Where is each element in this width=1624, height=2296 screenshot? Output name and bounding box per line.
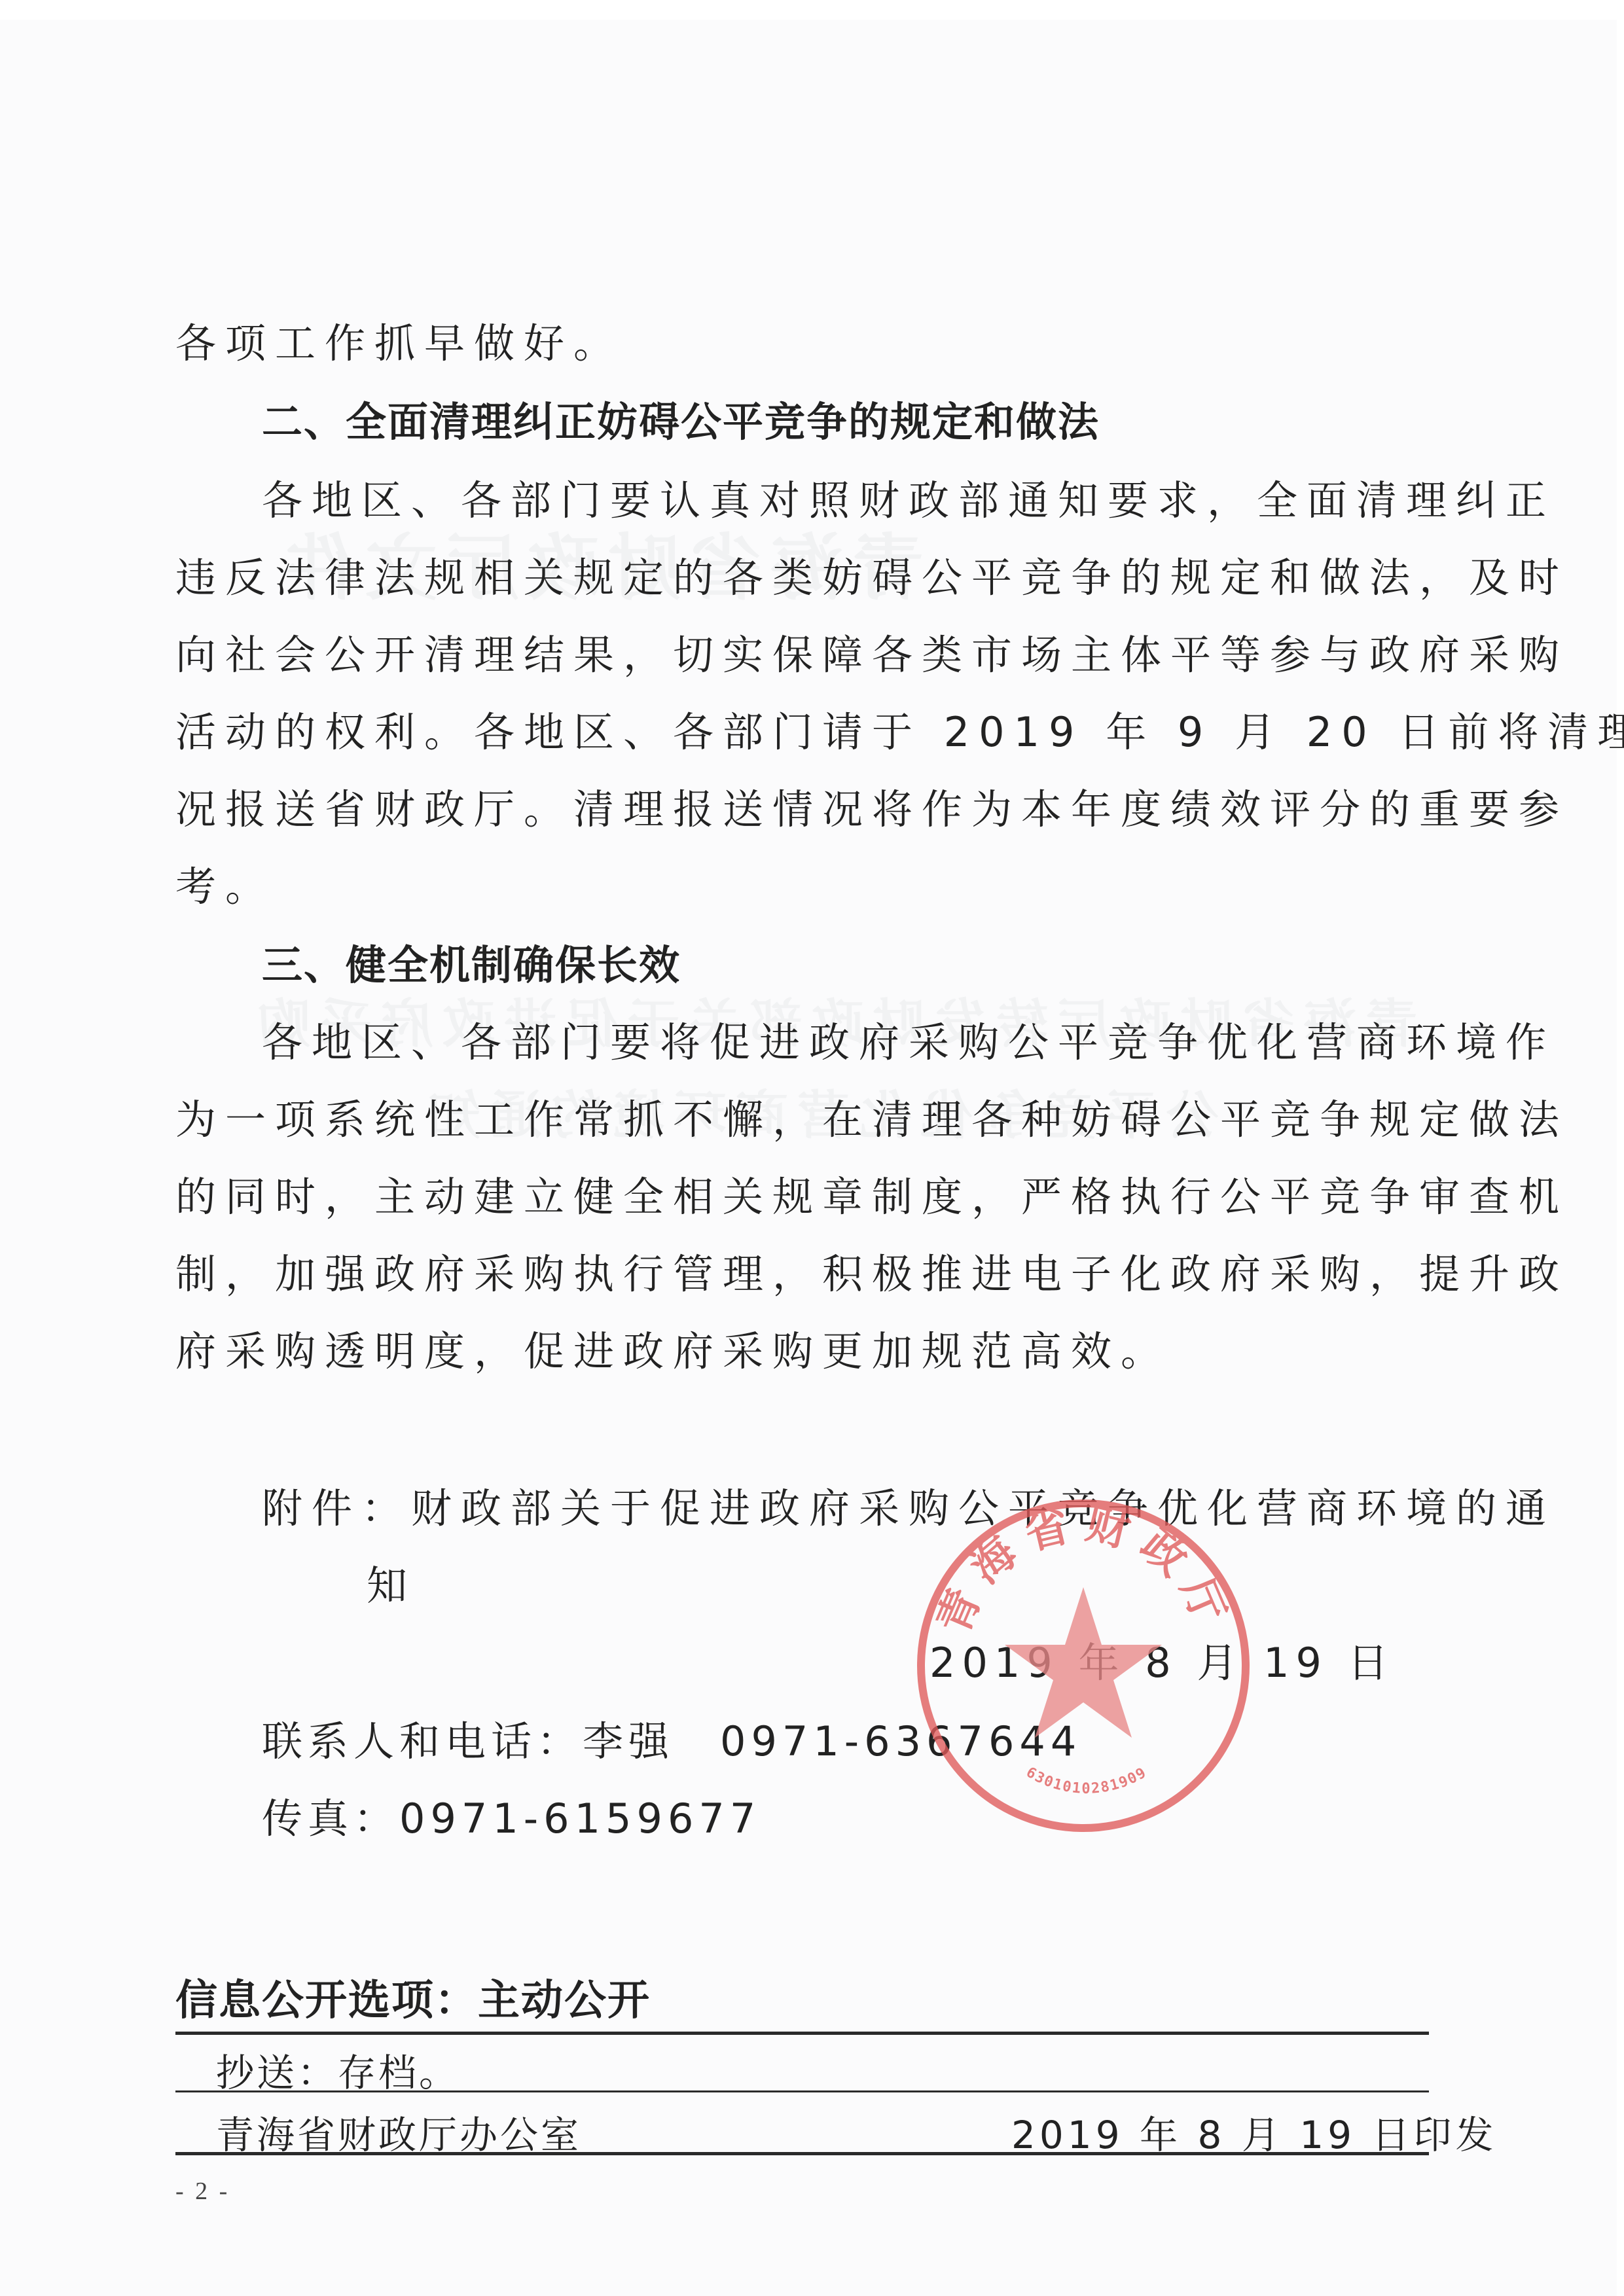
contact-person-phone: 联系人和电话：李强 0971-6367644: [262, 1719, 1081, 1765]
footer-rule: [175, 2152, 1429, 2155]
section-3-paragraph-line: 的同时，主动建立健全相关规章制度，严格执行公平竞争审查机: [175, 1174, 1568, 1220]
section-2-paragraph-line: 活动的权利。各地区、各部门请于 2019 年 9 月 20 日前将清理情: [175, 709, 1624, 755]
section-3-paragraph-line: 制，加强政府采购执行管理，积极推进电子化政府采购，提升政: [175, 1251, 1568, 1297]
section-2-paragraph-line: 况报送省财政厅。清理报送情况将作为本年度绩效评分的重要参: [175, 787, 1568, 833]
issuing-office: 青海省财政厅办公室: [216, 2104, 581, 2159]
section-2-paragraph-line: 考。: [175, 864, 275, 910]
document-page: 青海省财政厅文件 青海省财政厅转发财政部关于促进政府采购 公平竞争优化营商环境的…: [0, 20, 1617, 2296]
section-2-paragraph-line: 违反法律法规相关规定的各类妨碍公平竞争的规定和做法，及时: [175, 555, 1568, 601]
footer-rule: [175, 2032, 1429, 2035]
svg-text:6301010281909: 6301010281909: [1023, 1764, 1150, 1797]
footer-rule: [175, 2090, 1429, 2092]
print-date: 2019 年 8 月 19 日印发: [1011, 2104, 1498, 2159]
disclosure-option: 信息公开选项：主动公开: [175, 1967, 651, 2027]
section-2-paragraph-line: 各地区、各部门要认真对照财政部通知要求，全面清理纠正: [262, 478, 1555, 524]
signature-date: 2019 年 8 月 19 日: [929, 1640, 1395, 1686]
section-2-paragraph-line: 向社会公开清理结果，切实保障各类市场主体平等参与政府采购: [175, 632, 1568, 678]
fax-number: 传真：0971-6159677: [262, 1796, 761, 1842]
body-text-line: 各项工作抓早做好。: [175, 321, 623, 367]
section-3-paragraph-line: 各地区、各部门要将促进政府采购公平竞争优化营商环境作: [262, 1020, 1555, 1066]
section-heading-3: 三、健全机制确保长效: [262, 942, 681, 988]
section-3-paragraph-line: 府采购透明度，促进政府采购更加规范高效。: [175, 1329, 1170, 1374]
section-heading-2: 二、全面清理纠正妨碍公平竞争的规定和做法: [262, 399, 1100, 445]
attachment-line-continuation: 知: [367, 1563, 416, 1609]
cc-recipients: 抄送：存档。: [216, 2042, 460, 2097]
section-3-paragraph-line: 为一项系统性工作常抓不懈，在清理各种妨碍公平竞争规定做法: [175, 1097, 1568, 1143]
page-number: - 2 -: [175, 2177, 230, 2206]
attachment-line: 附件：财政部关于促进政府采购公平竞争优化营商环境的通: [262, 1486, 1555, 1532]
